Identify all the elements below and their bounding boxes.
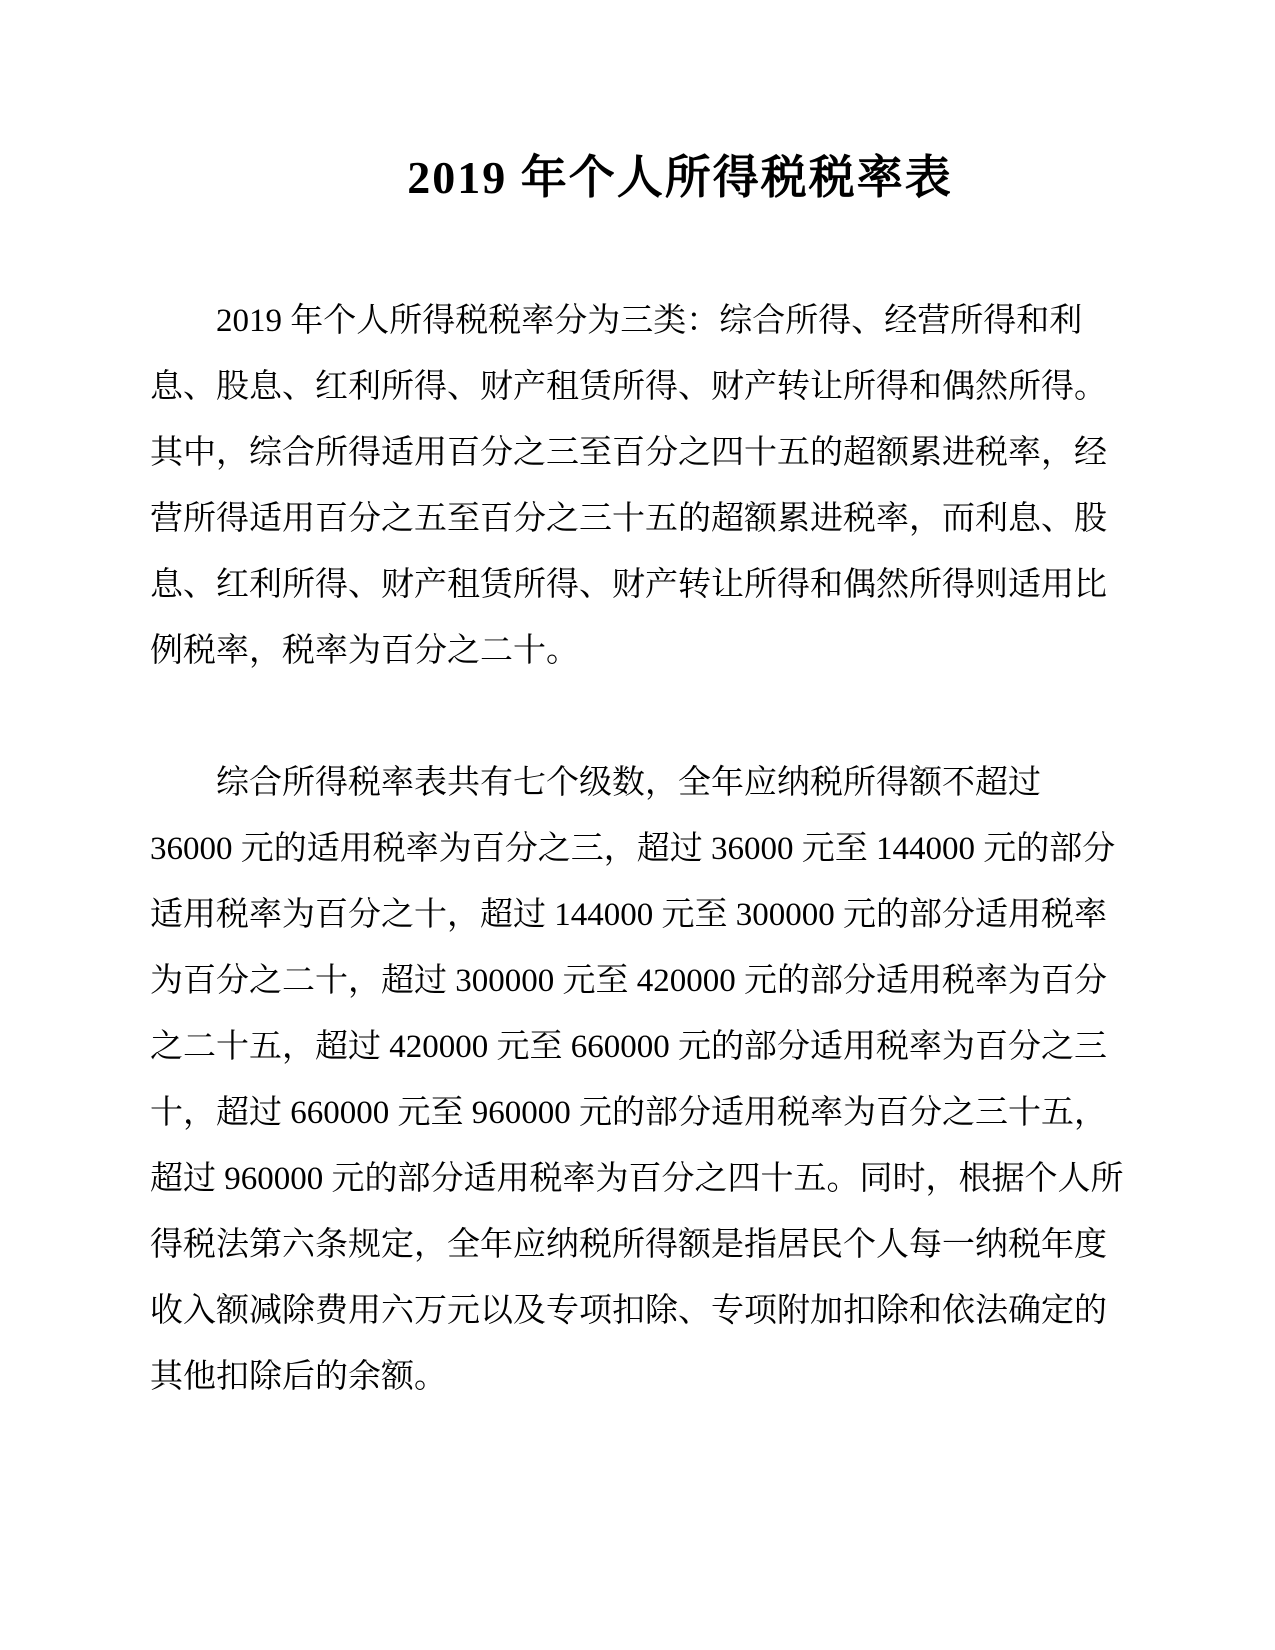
paragraph-tax-brackets: 综合所得税率表共有七个级数，全年应纳税所得额不超过 36000 元的适用税率为百… [150,750,1130,1410]
paragraph-tax-categories: 2019 年个人所得税税率分为三类：综合所得、经营所得和利息、股息、红利所得、财… [150,288,1130,684]
document-title: 2019 年个人所得税税率表 [150,146,1130,210]
document-page: 2019 年个人所得税税率表 2019 年个人所得税税率分为三类：综合所得、经营… [0,0,1275,1650]
